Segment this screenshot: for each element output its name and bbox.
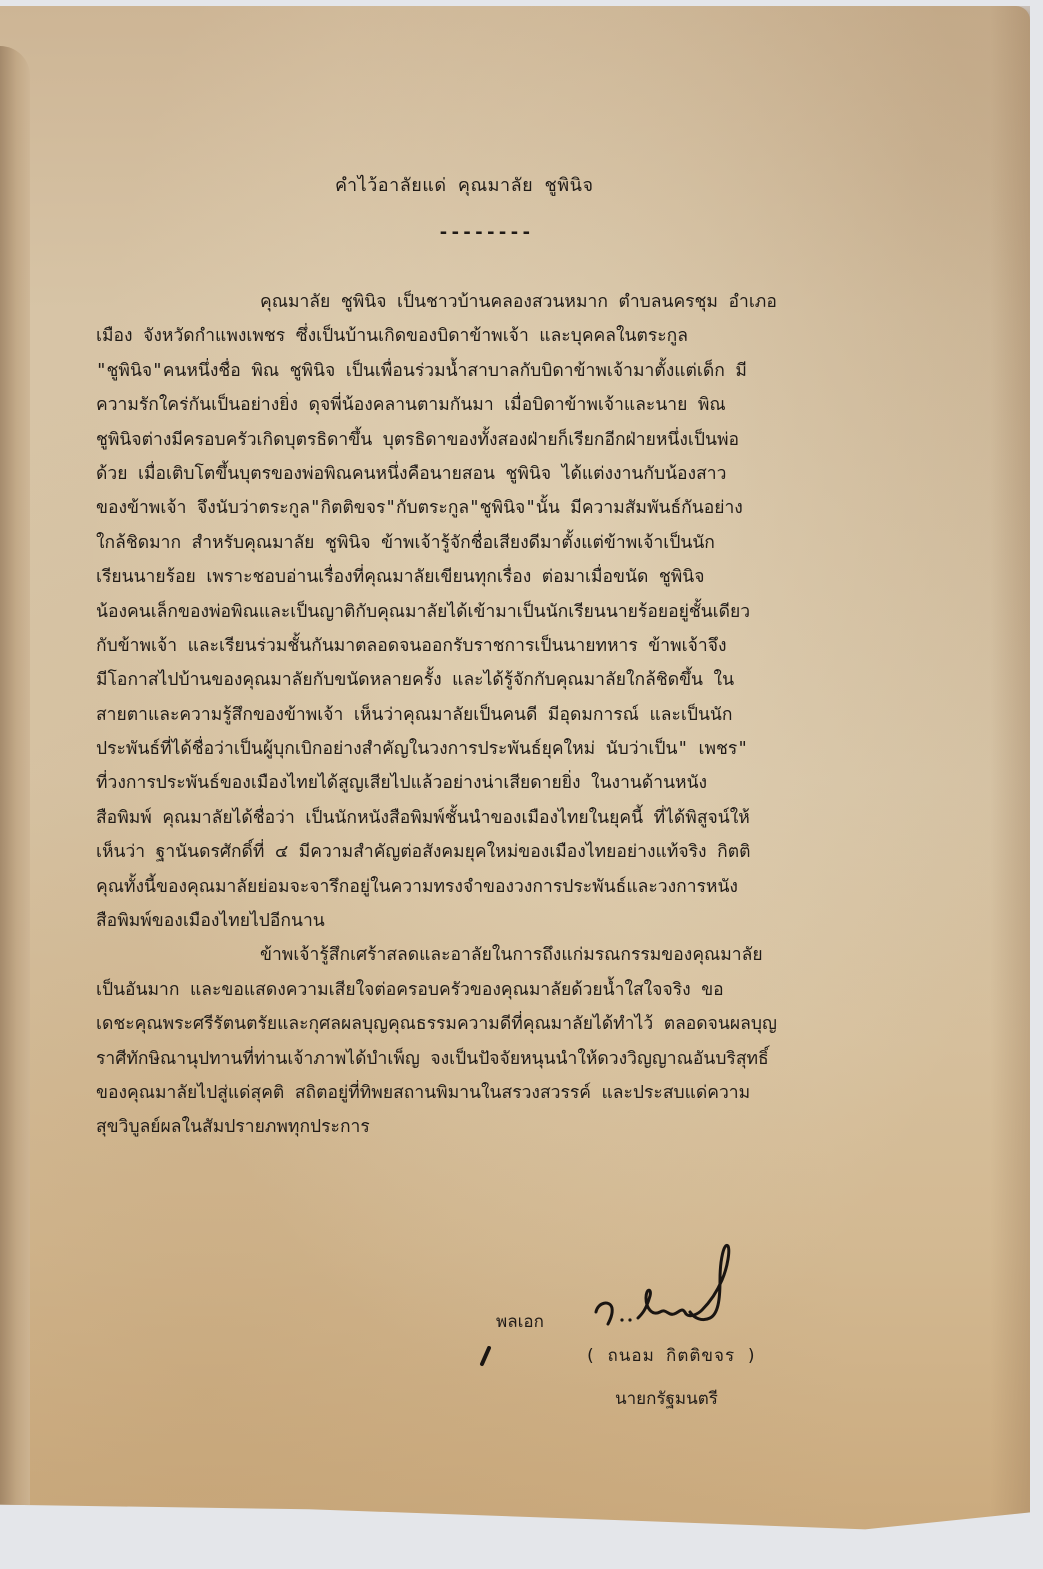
- signatory-position: นายกรัฐมนตรี: [615, 1385, 718, 1412]
- text-line: ข้าพเจ้ารู้สึกเศร้าสลดและอาลัยในการถึงแก…: [96, 938, 876, 972]
- page-edge-shading: [990, 6, 1030, 1551]
- signatory-name: ( ถนอม กิตติขจร ): [585, 1342, 758, 1369]
- text-line: กับข้าพเจ้า และเรียนร่วมชั้นกันมาตลอดจนอ…: [96, 629, 876, 663]
- text-line: เห็นว่า ฐานันดรศักดิ์ที่ ๔ มีความสำคัญต่…: [96, 835, 876, 869]
- text-line: ด้วย เมื่อเติบโตขึ้นบุตรของพ่อพิณคนหนึ่ง…: [96, 457, 876, 491]
- text-line: คุณทั้งนี้ของคุณมาลัยย่อมจะจารึกอยู่ในคว…: [96, 870, 876, 904]
- document-body: คุณมาลัย ชูพินิจ เป็นชาวบ้านคลองสวนหมาก …: [96, 285, 876, 1145]
- text-line: ราศีทักษิณานุปทานที่ท่านเจ้าภาพได้บำเพ็ญ…: [96, 1042, 876, 1076]
- text-line: ใกล้ชิดมาก สำหรับคุณมาลัย ชูพินิจ ข้าพเจ…: [96, 526, 876, 560]
- text-line: สายตาและความรู้สึกของข้าพเจ้า เห็นว่าคุณ…: [96, 698, 876, 732]
- title-underline: --------: [438, 222, 533, 243]
- handwritten-signature-icon: [590, 1240, 750, 1335]
- signature-block: พลเอก ( ถนอม กิตติขจร ) นายกรัฐมนตรี: [490, 1240, 820, 1420]
- text-line: สือพิมพ์ของเมืองไทยไปอีกนาน: [96, 904, 876, 938]
- text-line: น้องคนเล็กของพ่อพิณและเป็นญาติกับคุณมาลั…: [96, 595, 876, 629]
- page-binding-shadow: [0, 46, 30, 1516]
- document-title: คำไว้อาลัยแด่ คุณมาลัย ชูพินิจ: [335, 170, 594, 199]
- text-line: ของคุณมาลัยไปสู่แด่สุคติ สถิตอยู่ที่ทิพย…: [96, 1076, 876, 1110]
- ink-mark-icon: [478, 1346, 492, 1368]
- text-line: คุณมาลัย ชูพินิจ เป็นชาวบ้านคลองสวนหมาก …: [96, 285, 876, 319]
- text-line: มีโอกาสไปบ้านของคุณมาลัยกับขนัดหลายครั้ง…: [96, 663, 876, 697]
- text-line: ของข้าพเจ้า จึงนับว่าตระกูล"กิตติขจร"กับ…: [96, 491, 876, 525]
- text-line: เรียนนายร้อย เพราะชอบอ่านเรื่องที่คุณมาล…: [96, 560, 876, 594]
- text-line: เดชะคุณพระศรีรัตนตรัยและกุศลผลบุญคุณธรรม…: [96, 1007, 876, 1041]
- text-line: เมือง จังหวัดกำแพงเพชร ซึ่งเป็นบ้านเกิดข…: [96, 319, 876, 353]
- text-line: ที่วงการประพันธ์ของเมืองไทยได้สูญเสียไปแ…: [96, 766, 876, 800]
- text-line: ประพันธ์ที่ได้ชื่อว่าเป็นผู้บุกเบิกอย่าง…: [96, 732, 876, 766]
- text-line: "ชูพินิจ"คนหนึ่งชื่อ พิณ ชูพินิจ เป็นเพื…: [96, 354, 876, 388]
- signatory-rank: พลเอก: [496, 1308, 544, 1335]
- text-line: สุขวิบูลย์ผลในสัมปรายภพทุกประการ: [96, 1110, 876, 1144]
- text-line: ชูพินิจต่างมีครอบครัวเกิดบุตรธิดาขึ้น บุ…: [96, 423, 876, 457]
- text-line: เป็นอันมาก และขอแสดงความเสียใจต่อครอบครั…: [96, 973, 876, 1007]
- text-line: ความรักใคร่กันเป็นอย่างยิ่ง ดุจพี่น้องคล…: [96, 388, 876, 422]
- text-line: สือพิมพ์ คุณมาลัยได้ชื่อว่า เป็นนักหนังส…: [96, 801, 876, 835]
